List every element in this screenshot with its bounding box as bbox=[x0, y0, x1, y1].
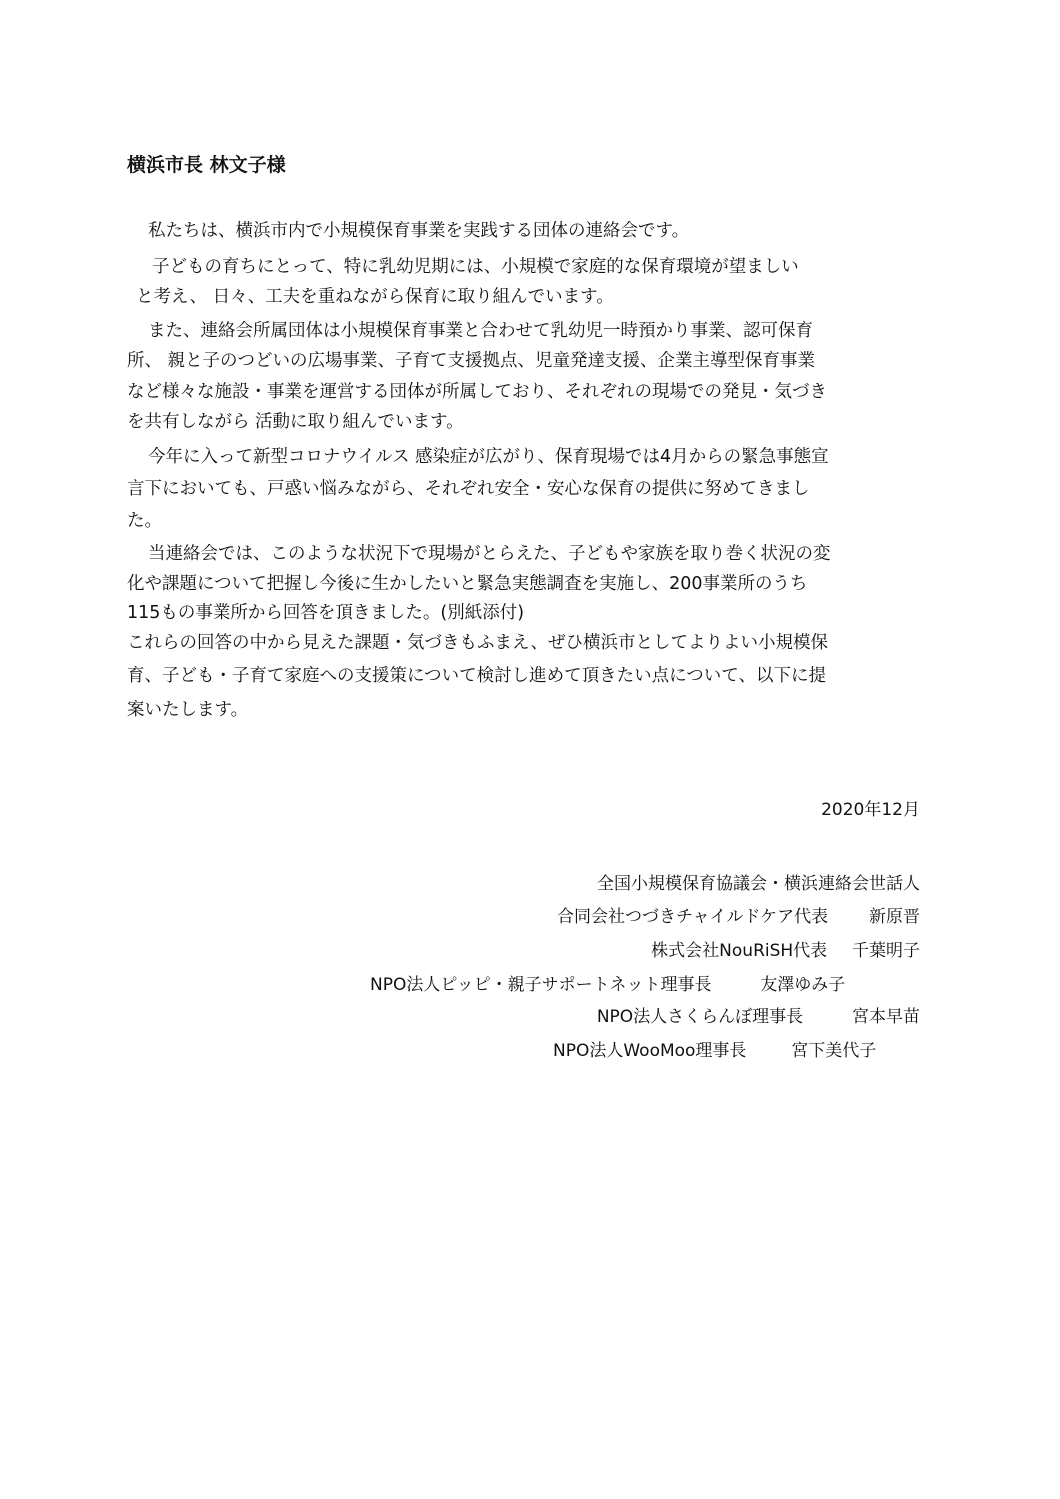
signatory-org: 株式会社NouRiSH代表 bbox=[651, 941, 827, 961]
signatory-line: NPO法人WooMoo理事長 宮下美代子 bbox=[553, 1040, 876, 1062]
body-line: など様々な施設・事業を運営する団体が所属しており、それぞれの現場での発見・気づき bbox=[127, 380, 827, 404]
signatory-name: 宮下美代子 bbox=[791, 1041, 876, 1061]
body-line: また、連絡会所属団体は小規模保育事業と合わせて乳幼児一時預かり事業、認可保育 bbox=[148, 319, 813, 343]
signatory-name: 友澤ゆみ子 bbox=[760, 975, 845, 995]
body-line: 115もの事業所から回答を頂きました。(別紙添付) bbox=[127, 601, 524, 625]
signatory-name: 宮本早苗 bbox=[852, 1007, 920, 1027]
body-line: と考え、 日々、工夫を重ねながら保育に取り組んでいます。 bbox=[136, 285, 614, 309]
signatory-org: NPO法人さくらんぼ理事長 bbox=[597, 1007, 803, 1027]
signatory-org: 全国小規模保育協議会・横浜連絡会世話人 bbox=[597, 874, 920, 894]
signatory-org: NPO法人ピッピ・親子サポートネット理事長 bbox=[370, 975, 712, 995]
body-line: 子どもの育ちにとって、特に乳幼児期には、小規模で家庭的な保育環境が望ましい bbox=[152, 255, 799, 279]
signatory-line: NPO法人さくらんぼ理事長 宮本早苗 bbox=[597, 1006, 920, 1028]
body-line: 私たちは、横浜市内で小規模保育事業を実践する団体の連絡会です。 bbox=[148, 219, 689, 243]
signatory-line: 全国小規模保育協議会・横浜連絡会世話人 bbox=[597, 873, 920, 895]
body-line: 今年に入って新型コロナウイルス 感染症が広がり、保育現場では4月からの緊急事態宣 bbox=[148, 445, 829, 469]
body-line: 所、 親と子のつどいの広場事業、子育て支援拠点、児童発達支援、企業主導型保育事業 bbox=[127, 349, 815, 373]
body-line: 案いたします。 bbox=[127, 698, 248, 722]
letter-date: 2020年12月 bbox=[821, 799, 920, 821]
signatory-org: 合同会社つづきチャイルドケア代表 bbox=[557, 907, 828, 927]
signatory-name: 新原晋 bbox=[869, 907, 920, 927]
signatory-line: 株式会社NouRiSH代表 千葉明子 bbox=[651, 940, 920, 962]
body-line: を共有しながら 活動に取り組んでいます。 bbox=[127, 410, 464, 434]
addressee-heading: 横浜市長 林文子様 bbox=[127, 150, 286, 177]
body-line: 育、子ども・子育て家庭への支援策について検討し進めて頂きたい点について、以下に提 bbox=[127, 664, 826, 688]
signatory-name: 千葉明子 bbox=[852, 941, 920, 961]
letter-page: 横浜市長 林文子様 私たちは、横浜市内で小規模保育事業を実践する団体の連絡会です… bbox=[0, 0, 1060, 1499]
signatory-line: 合同会社つづきチャイルドケア代表 新原晋 bbox=[557, 906, 920, 928]
signatory-line: NPO法人ピッピ・親子サポートネット理事長 友澤ゆみ子 bbox=[370, 974, 845, 996]
body-line: 言下においても、戸惑い悩みながら、それぞれ安全・安心な保育の提供に努めてきまし bbox=[127, 477, 810, 501]
body-line: 化や課題について把握し今後に生かしたいと緊急実態調査を実施し、200事業所のうち bbox=[127, 572, 808, 596]
signatory-org: NPO法人WooMoo理事長 bbox=[553, 1041, 746, 1061]
body-line: これらの回答の中から見えた課題・気づきもふまえ、ぜひ横浜市としてよりよい小規模保 bbox=[127, 631, 828, 655]
body-line: た。 bbox=[127, 509, 162, 533]
body-line: 当連絡会では、このような状況下で現場がとらえた、子どもや家族を取り巻く状況の変 bbox=[148, 542, 831, 566]
